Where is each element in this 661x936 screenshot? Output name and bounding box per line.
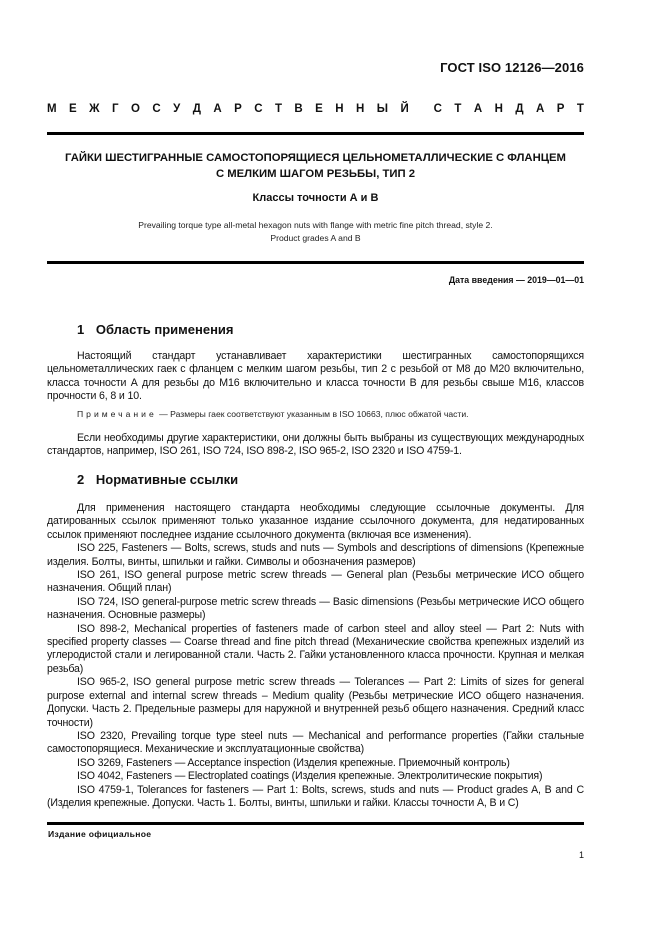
reference-item: ISO 4042, Fasteners — Electroplated coat… — [47, 770, 584, 783]
standard-type-letter: А — [536, 103, 544, 115]
header-rule — [47, 132, 584, 135]
references-intro: Для применения настоящего стандарта необ… — [47, 502, 584, 542]
reference-item: ISO 898-2, Mechanical properties of fast… — [47, 623, 584, 677]
reference-item: ISO 724, ISO general-purpose metric scre… — [47, 596, 584, 623]
document-subtitle: Классы точности А и В — [47, 192, 584, 204]
official-edition-label: Издание официальное — [48, 829, 151, 839]
standard-type-letter: Т — [454, 103, 461, 115]
scope-text: Настоящий стандарт устанавливает характе… — [47, 350, 584, 404]
english-title-line-1: Prevailing torque type all-metal hexagon… — [47, 219, 584, 232]
standard-type-letter: Р — [557, 103, 565, 115]
reference-item: ISO 3269, Fasteners — Acceptance inspect… — [47, 757, 584, 770]
introduction-date: Дата введения — 2019—01—01 — [449, 275, 584, 285]
reference-item: ISO 261, ISO general purpose metric scre… — [47, 569, 584, 596]
other-characteristics-text: Если необходимы другие характеристики, о… — [47, 432, 584, 459]
note-text: — Размеры гаек соответствуют указанным в… — [159, 409, 468, 419]
section-1-number: 1 — [77, 322, 84, 337]
standard-type-letter: Д — [515, 103, 523, 115]
standard-type-letter: Д — [193, 103, 201, 115]
reference-item: ISO 2320, Prevailing torque type steel n… — [47, 730, 584, 757]
standard-type-letter: В — [294, 103, 302, 115]
standard-type-letter: С — [434, 103, 442, 115]
standard-type-letter: А — [213, 103, 221, 115]
standard-type-letter: Р — [234, 103, 242, 115]
section-1-paragraph-2: Если необходимы другие характеристики, о… — [47, 432, 584, 459]
title-line-1: ГАЙКИ ШЕСТИГРАННЫЕ САМОСТОПОРЯЩИЕСЯ ЦЕЛЬ… — [47, 150, 584, 166]
section-1-paragraph-1: Настоящий стандарт устанавливает характе… — [47, 350, 584, 404]
standard-type-letter: Н — [495, 103, 503, 115]
page-number: 1 — [579, 850, 584, 860]
standard-type-letter: Ж — [89, 103, 99, 115]
standard-type-letter: С — [254, 103, 262, 115]
section-2-heading: 2 Нормативные ссылки — [77, 472, 238, 487]
standard-type-letter: О — [131, 103, 140, 115]
standard-type-letter: Е — [69, 103, 77, 115]
standard-type-letter: Т — [577, 103, 584, 115]
standard-type-letter: Й — [400, 103, 408, 115]
standard-type-letter: Н — [335, 103, 343, 115]
reference-item: ISO 4759-1, Tolerances for fasteners — P… — [47, 784, 584, 811]
title-line-2: С МЕЛКИМ ШАГОМ РЕЗЬБЫ, ТИП 2 — [47, 166, 584, 182]
standard-type-letter: Е — [315, 103, 323, 115]
section-2-body: Для применения настоящего стандарта необ… — [47, 502, 584, 810]
standard-type-letter: Н — [356, 103, 364, 115]
standard-type-letter: М — [47, 103, 57, 115]
section-1-note: Примечание — Размеры гаек соответствуют … — [77, 409, 584, 419]
english-title: Prevailing torque type all-metal hexagon… — [47, 219, 584, 245]
standard-type-letter: Т — [275, 103, 282, 115]
document-title: ГАЙКИ ШЕСТИГРАННЫЕ САМОСТОПОРЯЩИЕСЯ ЦЕЛЬ… — [47, 150, 584, 182]
english-title-line-2: Product grades A and B — [47, 232, 584, 245]
section-1-heading: 1 Область применения — [77, 322, 234, 337]
standard-type-letter: Ы — [377, 103, 388, 115]
title-rule — [47, 261, 584, 264]
reference-item: ISO 965-2, ISO general purpose metric sc… — [47, 676, 584, 730]
reference-item: ISO 225, Fasteners — Bolts, screws, stud… — [47, 542, 584, 569]
document-code: ГОСТ ISO 12126—2016 — [440, 60, 584, 75]
section-1-title: Область применения — [96, 322, 234, 337]
section-2-number: 2 — [77, 472, 84, 487]
standard-type-heading: МЕЖГОСУДАРСТВЕННЫЙСТАНДАРТ — [47, 103, 584, 115]
standard-type-letter: У — [173, 103, 180, 115]
note-label: Примечание — [77, 409, 157, 419]
section-2-title: Нормативные ссылки — [96, 472, 238, 487]
standard-type-letter: Г — [112, 103, 119, 115]
standard-type-letter: С — [152, 103, 160, 115]
footer-rule — [47, 822, 584, 825]
standard-type-letter: А — [474, 103, 482, 115]
